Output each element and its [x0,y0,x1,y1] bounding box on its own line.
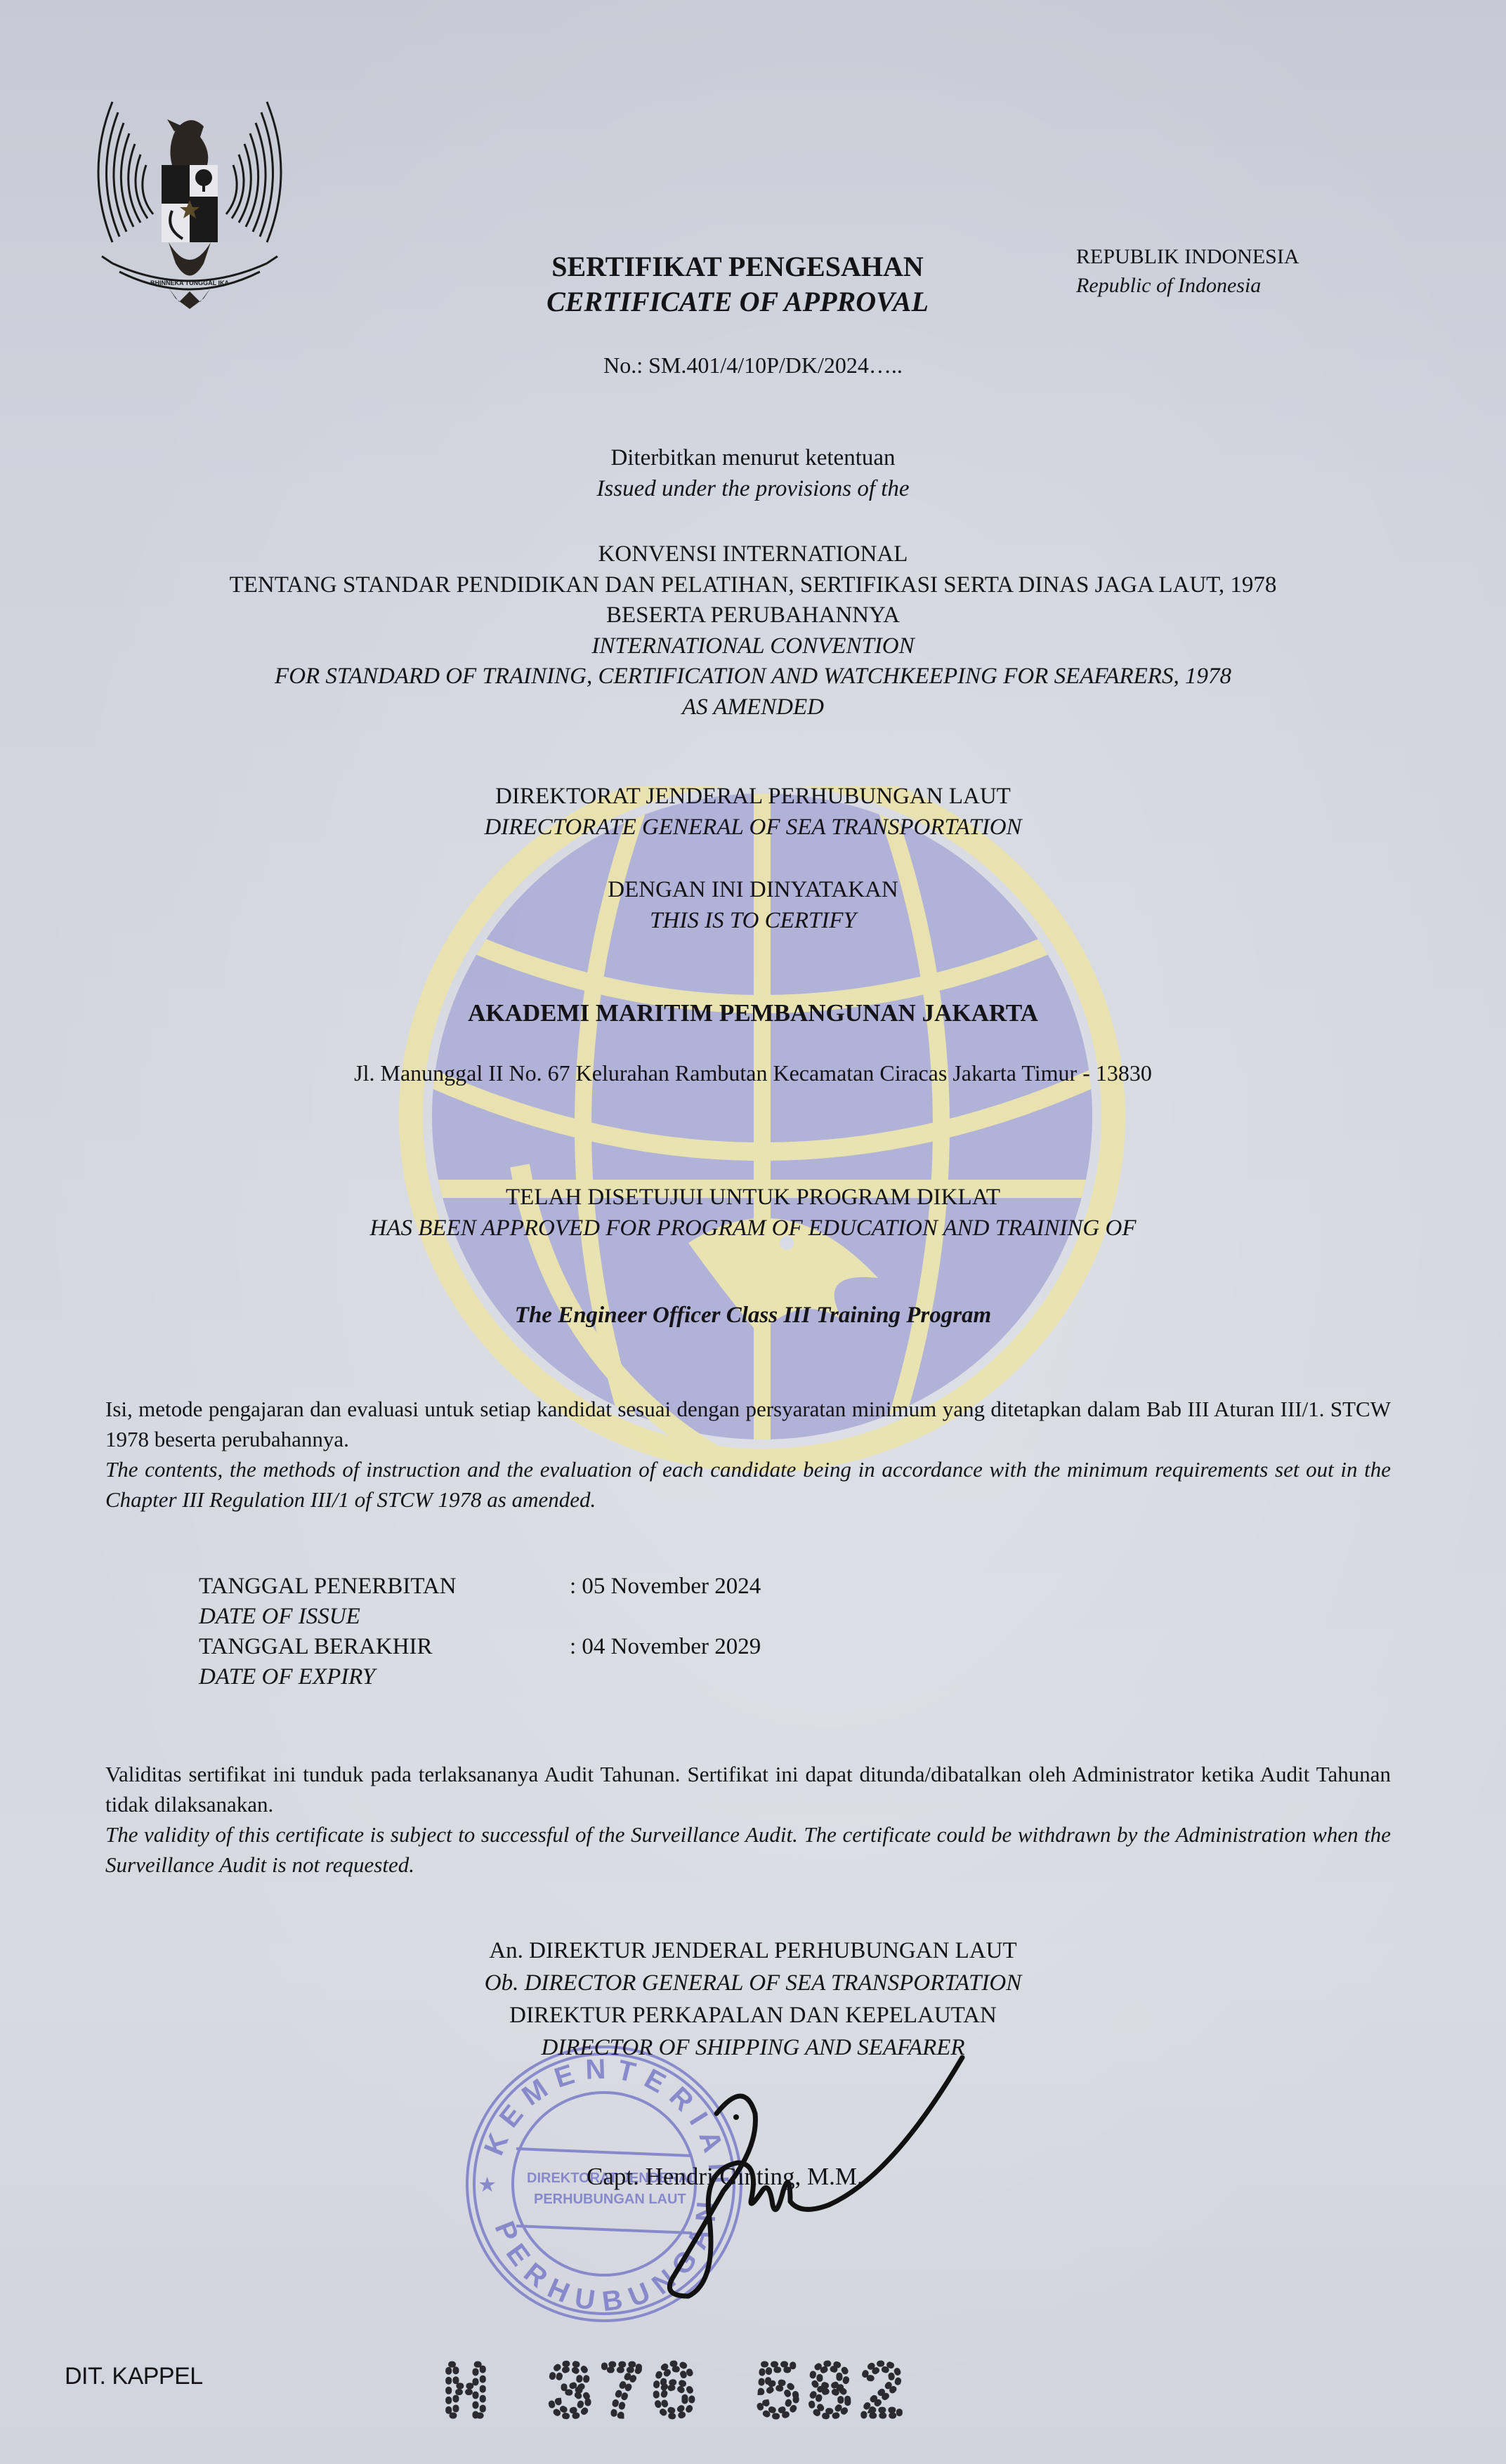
approval-statement: TELAH DISETUJUI UNTUK PROGRAM DIKLAT HAS… [0,1182,1506,1244]
svg-text:H 376 582: H 376 582 [443,2352,910,2433]
garuda-emblem-icon: BHINNEKA TUNGGAL IKA [84,88,295,327]
certificate-dates: TANGGAL PENERBITAN : 05 November 2024 DA… [199,1572,901,1692]
program-name: The Engineer Officer Class III Training … [0,1303,1506,1329]
svg-text:BHINNEKA TUNGGAL IKA: BHINNEKA TUNGGAL IKA [150,279,229,286]
department-code: DIT. KAPPEL [65,2363,203,2390]
issue-date-label-en: DATE OF ISSUE [199,1602,570,1632]
svg-text:★: ★ [479,2174,496,2195]
signatory-titles: An. DIREKTUR JENDERAL PERHUBUNGAN LAUT O… [0,1935,1506,2064]
institution-name: AKADEMI MARITIM PEMBANGUNAN JAKARTA [0,999,1506,1027]
certify-statement: DENGAN INI DINYATAKAN THIS IS TO CERTIFY [0,874,1506,936]
country-indonesian: REPUBLIK INDONESIA [1076,242,1392,272]
title-indonesian: SERTIFIKAT PENGESAHAN [492,249,983,284]
expiry-date-row: TANGGAL BERAKHIR : 04 November 2029 [199,1632,901,1662]
convention-title: KONVENSI INTERNATIONAL TENTANG STANDAR P… [0,539,1506,723]
institution-address: Jl. Manunggal II No. 67 Kelurahan Rambut… [0,1060,1506,1086]
signer-name: Capt. Hendri Ginting, M.M. [587,2163,863,2191]
contents-paragraph: Isi, metode pengajaran dan evaluasi untu… [105,1394,1391,1515]
directorate-name: DIREKTORAT JENDERAL PERHUBUNGAN LAUT DIR… [0,781,1506,843]
certificate-number: No.: SM.401/4/10P/DK/2024….. [0,353,1506,378]
issued-under: Diterbitkan menurut ketentuan Issued und… [0,442,1506,504]
issue-date-value: : 05 November 2024 [570,1572,761,1602]
perforated-serial-number: H 376 582 [443,2349,934,2433]
issue-date-label: TANGGAL PENERBITAN [199,1572,570,1602]
expiry-date-value: : 04 November 2029 [570,1632,761,1662]
issue-date-row: TANGGAL PENERBITAN : 05 November 2024 [199,1572,901,1602]
expiry-date-label-en: DATE OF EXPIRY [199,1662,570,1692]
expiry-date-label: TANGGAL BERAKHIR [199,1632,570,1662]
country-label: REPUBLIK INDONESIA Republic of Indonesia [1076,242,1392,300]
title-english: CERTIFICATE OF APPROVAL [492,284,983,319]
country-english: Republic of Indonesia [1076,272,1392,300]
certificate-title: SERTIFIKAT PENGESAHAN CERTIFICATE OF APP… [492,249,983,319]
validity-paragraph: Validitas sertifikat ini tunduk pada ter… [105,1759,1391,1880]
